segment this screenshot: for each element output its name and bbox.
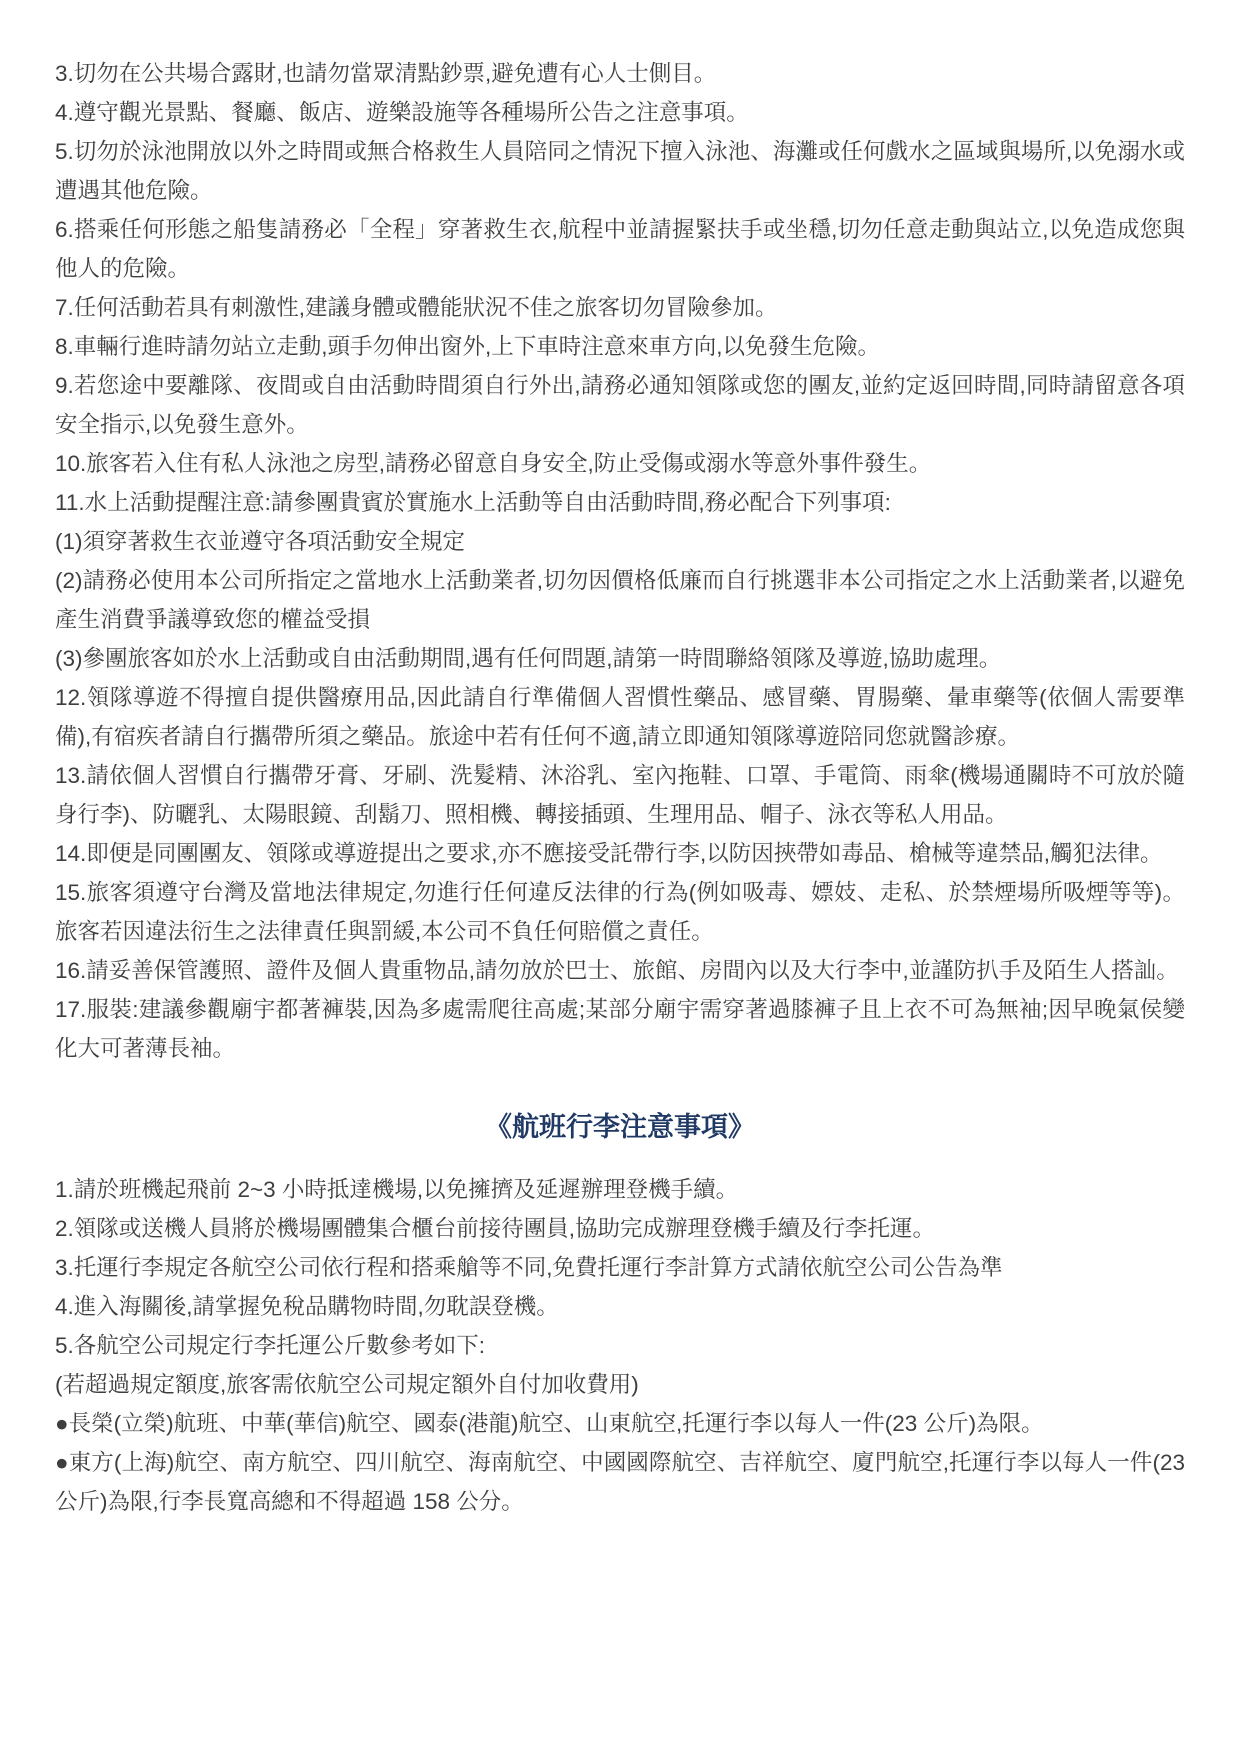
note-item: 4.遵守觀光景點、餐廳、飯店、遊樂設施等各種場所公告之注意事項。	[55, 93, 1185, 132]
baggage-item: 4.進入海關後,請掌握免稅品購物時間,勿耽誤登機。	[55, 1287, 1185, 1326]
note-item: 11.水上活動提醒注意:請參團貴賓於實施水上活動等自由活動時間,務必配合下列事項…	[55, 483, 1185, 522]
note-item: 13.請依個人習慣自行攜帶牙膏、牙刷、洗髮精、沐浴乳、室內拖鞋、口罩、手電筒、雨…	[55, 756, 1185, 834]
note-subitem: (2)請務必使用本公司所指定之當地水上活動業者,切勿因價格低廉而自行挑選非本公司…	[55, 561, 1185, 639]
baggage-bullet-item: ●東方(上海)航空、南方航空、四川航空、海南航空、中國國際航空、吉祥航空、廈門航…	[55, 1443, 1185, 1521]
baggage-note: (若超過規定額度,旅客需依航空公司規定額外自付加收費用)	[55, 1365, 1185, 1404]
note-item: 8.車輛行進時請勿站立走動,頭手勿伸出窗外,上下車時注意來車方向,以免發生危險。	[55, 327, 1185, 366]
note-item: 10.旅客若入住有私人泳池之房型,請務必留意自身安全,防止受傷或溺水等意外事件發…	[55, 444, 1185, 483]
note-subitem: (1)須穿著救生衣並遵守各項活動安全規定	[55, 522, 1185, 561]
note-item: 7.任何活動若具有刺激性,建議身體或體能狀況不佳之旅客切勿冒險參加。	[55, 288, 1185, 327]
baggage-bullet-item: ●長榮(立榮)航班、中華(華信)航空、國泰(港龍)航空、山東航空,托運行李以每人…	[55, 1404, 1185, 1443]
baggage-item: 2.領隊或送機人員將於機場團體集合櫃台前接待團員,協助完成辦理登機手續及行李托運…	[55, 1209, 1185, 1248]
baggage-item: 1.請於班機起飛前 2~3 小時抵達機場,以免擁擠及延遲辦理登機手續。	[55, 1170, 1185, 1209]
baggage-item: 3.托運行李規定各航空公司依行程和搭乘艙等不同,免費托運行李計算方式請依航空公司…	[55, 1248, 1185, 1287]
baggage-notes-section: 1.請於班機起飛前 2~3 小時抵達機場,以免擁擠及延遲辦理登機手續。 2.領隊…	[55, 1170, 1185, 1521]
baggage-section-heading: 《航班行李注意事項》	[55, 1106, 1185, 1148]
baggage-item: 5.各航空公司規定行李托運公斤數參考如下:	[55, 1326, 1185, 1365]
general-notes-section: 3.切勿在公共場合露財,也請勿當眾清點鈔票,避免遭有心人士側目。 4.遵守觀光景…	[55, 54, 1185, 1068]
note-item: 6.搭乘任何形態之船隻請務必「全程」穿著救生衣,航程中並請握緊扶手或坐穩,切勿任…	[55, 210, 1185, 288]
note-item: 12.領隊導遊不得擅自提供醫療用品,因此請自行準備個人習慣性藥品、感冒藥、胃腸藥…	[55, 678, 1185, 756]
note-item: 17.服裝:建議參觀廟宇都著褲裝,因為多處需爬往高處;某部分廟宇需穿著過膝褲子且…	[55, 990, 1185, 1068]
note-item: 14.即便是同團團友、領隊或導遊提出之要求,亦不應接受託帶行李,以防因挾帶如毒品…	[55, 834, 1185, 873]
note-item: 5.切勿於泳池開放以外之時間或無合格救生人員陪同之情況下擅入泳池、海灘或任何戲水…	[55, 132, 1185, 210]
note-item: 15.旅客須遵守台灣及當地法律規定,勿進行任何違反法律的行為(例如吸毒、嫖妓、走…	[55, 873, 1185, 951]
note-subitem: (3)參團旅客如於水上活動或自由活動期間,遇有任何問題,請第一時間聯絡領隊及導遊…	[55, 639, 1185, 678]
note-item: 3.切勿在公共場合露財,也請勿當眾清點鈔票,避免遭有心人士側目。	[55, 54, 1185, 93]
note-item: 9.若您途中要離隊、夜間或自由活動時間須自行外出,請務必通知領隊或您的團友,並約…	[55, 366, 1185, 444]
document-page: 3.切勿在公共場合露財,也請勿當眾清點鈔票,避免遭有心人士側目。 4.遵守觀光景…	[0, 0, 1241, 1755]
note-item: 16.請妥善保管護照、證件及個人貴重物品,請勿放於巴士、旅館、房間內以及大行李中…	[55, 951, 1185, 990]
